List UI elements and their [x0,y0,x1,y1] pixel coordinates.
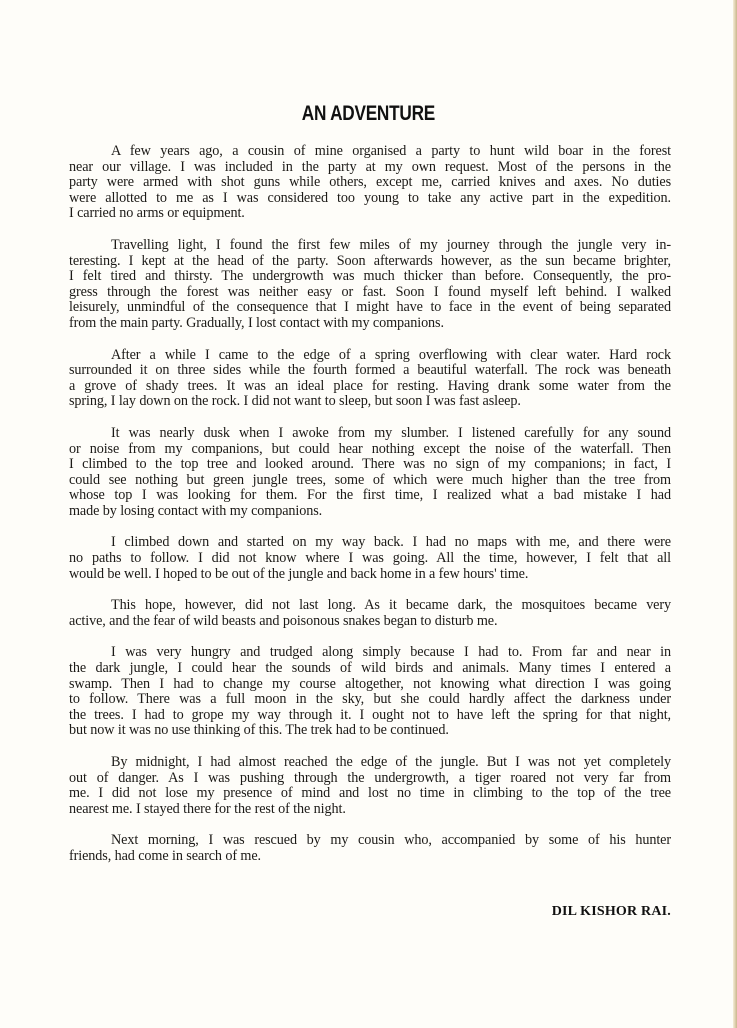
paragraph-line: Travelling light, I found the first few … [69,238,671,254]
paragraph-line: to follow. There was a full moon in the … [69,692,671,708]
paragraph: I was very hungry and trudged along simp… [69,645,671,739]
paragraph-line: surrounded it on three sides while the f… [69,363,671,379]
paragraph-line: I carried no arms or equipment. [69,206,671,222]
paragraph-line: I felt tired and thirsty. The undergrowt… [69,269,671,285]
paragraph-line: the trees. I had to grope my way through… [69,708,671,724]
paragraph-line: a grove of shady trees. It was an ideal … [69,379,671,395]
paragraph: This hope, however, did not last long. A… [69,598,671,629]
paragraph-line: A few years ago, a cousin of mine organi… [69,144,671,160]
paragraph-line: active, and the fear of wild beasts and … [69,614,671,630]
paragraph-line: swamp. Then I had to change my course al… [69,677,671,693]
paragraph: Travelling light, I found the first few … [69,238,671,332]
paragraph-line: nearest me. I stayed there for the rest … [69,802,671,818]
paragraph-line: made by losing contact with my companion… [69,504,671,520]
paragraph-line: would be well. I hoped to be out of the … [69,567,671,583]
paragraph-line: I climbed down and started on my way bac… [69,535,671,551]
paragraph-line: teresting. I kept at the head of the par… [69,254,671,270]
paragraph-line: Next morning, I was rescued by my cousin… [69,833,671,849]
paragraph-line: By midnight, I had almost reached the ed… [69,755,671,771]
paragraph-line: near our village. I was included in the … [69,160,671,176]
page-edge [733,0,737,1028]
paragraph: It was nearly dusk when I awoke from my … [69,426,671,520]
paragraph-line: I climbed to the top tree and looked aro… [69,457,671,473]
paragraph-line: friends, had come in search of me. [69,849,671,865]
paragraph-line: from the main party. Gradually, I lost c… [69,316,671,332]
paragraph: Next morning, I was rescued by my cousin… [69,833,671,864]
paragraph: A few years ago, a cousin of mine organi… [69,144,671,222]
paragraph-line: I was very hungry and trudged along simp… [69,645,671,661]
paragraph-line: gress through the forest was neither eas… [69,285,671,301]
paragraph-line: It was nearly dusk when I awoke from my … [69,426,671,442]
paragraph-line: or noise from my companions, but could h… [69,442,671,458]
paragraph-line: no paths to follow. I did not know where… [69,551,671,567]
paragraph-line: but now it was no use thinking of this. … [69,723,671,739]
paragraph-line: This hope, however, did not last long. A… [69,598,671,614]
page-title: AN ADVENTURE [66,102,670,126]
paragraph: I climbed down and started on my way bac… [69,535,671,582]
paragraph-line: out of danger. As I was pushing through … [69,771,671,787]
article-body: A few years ago, a cousin of mine organi… [69,144,671,881]
paragraph-line: could see nothing but green jungle trees… [69,473,671,489]
paragraph-line: spring, I lay down on the rock. I did no… [69,394,671,410]
paragraph: By midnight, I had almost reached the ed… [69,755,671,817]
paragraph-line: After a while I came to the edge of a sp… [69,348,671,364]
paragraph-line: the dark jungle, I could hear the sounds… [69,661,671,677]
paragraph-line: were allotted to me as I was considered … [69,191,671,207]
paragraph: After a while I came to the edge of a sp… [69,348,671,410]
paragraph-line: me. I did not lose my presence of mind a… [69,786,671,802]
author-signature: DIL KISHOR RAI. [552,904,671,920]
paragraph-line: whose top I was looking for them. For th… [69,488,671,504]
paragraph-line: party were armed with shot guns while ot… [69,175,671,191]
paragraph-line: leisurely, unmindful of the consequence … [69,300,671,316]
